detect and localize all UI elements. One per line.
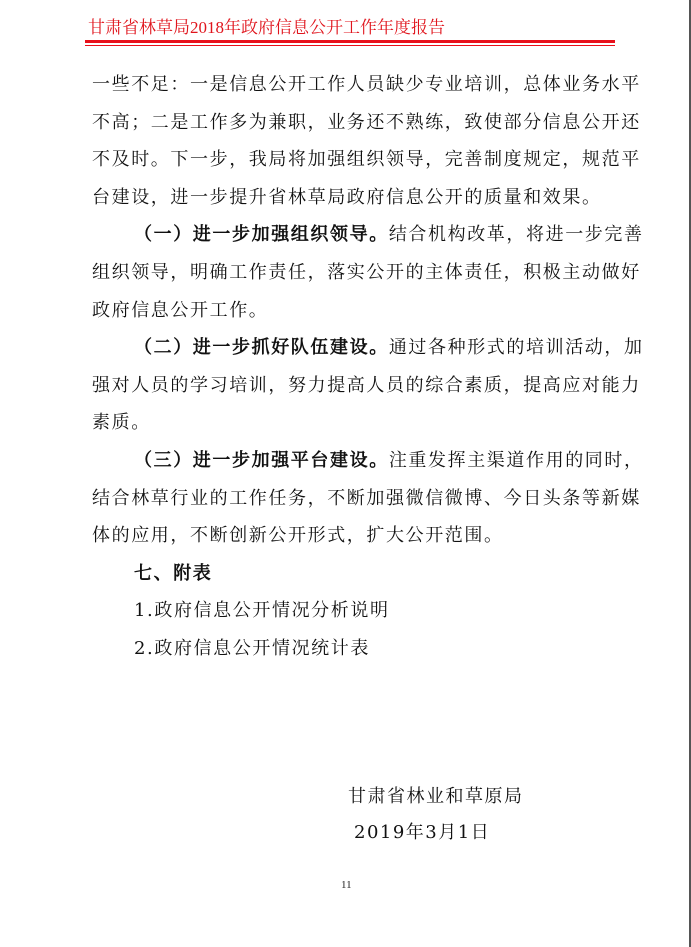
attachment-item: 2.政府信息公开情况统计表 [92, 630, 612, 668]
item-1-heading: （一）进一步加强组织领导。 [134, 224, 389, 245]
running-header-title: 甘肃省林草局2018年政府信息公开工作年度报告 [88, 13, 445, 38]
paragraph-line: 强对人员的学习培训，努力提高人员的综合素质，提高应对能力 [92, 367, 612, 405]
paragraph-line: 台建设，进一步提升省林草局政府信息公开的质量和效果。 [92, 179, 612, 217]
item-1-first-line: （一）进一步加强组织领导。结合机构改革，将进一步完善 [92, 216, 612, 254]
signature-organization: 甘肃省林业和草原局 [348, 782, 524, 808]
item-2-text: 通过各种形式的培训活动，加 [389, 337, 644, 358]
paragraph-line: 不及时。下一步，我局将加强组织领导，完善制度规定，规范平 [92, 141, 612, 179]
attachment-item: 1.政府信息公开情况分析说明 [92, 592, 612, 630]
item-3-heading: （三）进一步加强平台建设。 [134, 450, 389, 471]
signature-date: 2019年3月1日 [354, 818, 490, 844]
section-7-heading: 七、附表 [92, 555, 612, 593]
document-body: 一些不足：一是信息公开工作人员缺少专业培训，总体业务水平 不高；二是工作多为兼职… [92, 66, 612, 668]
page-number: 11 [341, 879, 352, 891]
paragraph-line: 不高；二是工作多为兼职，业务还不熟练，致使部分信息公开还 [92, 104, 612, 142]
item-3-text: 注重发挥主渠道作用的同时， [389, 450, 644, 471]
paragraph-line: 体的应用，不断创新公开形式，扩大公开范围。 [92, 517, 612, 555]
header-rule-thick [85, 40, 615, 43]
paragraph-line: 组织领导，明确工作责任，落实公开的主体责任，积极主动做好 [92, 254, 612, 292]
item-3-first-line: （三）进一步加强平台建设。注重发挥主渠道作用的同时， [92, 442, 612, 480]
paragraph-line: 素质。 [92, 404, 612, 442]
paragraph-line: 一些不足：一是信息公开工作人员缺少专业培训，总体业务水平 [92, 66, 612, 104]
paragraph-line: 政府信息公开工作。 [92, 292, 612, 330]
item-2-first-line: （二）进一步抓好队伍建设。通过各种形式的培训活动，加 [92, 329, 612, 367]
header-rule-thin [85, 45, 615, 46]
item-2-heading: （二）进一步抓好队伍建设。 [134, 337, 389, 358]
paragraph-line: 结合林草行业的工作任务，不断加强微信微博、今日头条等新媒 [92, 480, 612, 518]
item-1-text: 结合机构改革，将进一步完善 [389, 224, 644, 245]
